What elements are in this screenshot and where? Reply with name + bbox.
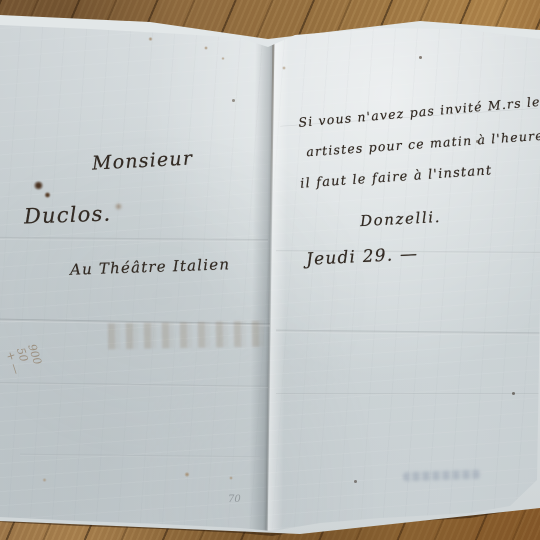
- foxing-spot: [148, 37, 153, 41]
- foxing-spot: [114, 203, 123, 210]
- foxing-spot: [229, 476, 233, 480]
- ink-transfer-smudge: [108, 321, 270, 350]
- ink-speck: [354, 480, 357, 483]
- photo-of-letter: Monsieur Duclos. Au Théâtre Italien Si v…: [0, 0, 540, 540]
- ink-stain: [33, 181, 44, 190]
- horizontal-crease-right-3: [276, 393, 540, 395]
- foxing-spot: [221, 57, 225, 60]
- ink-speck: [512, 392, 515, 395]
- handwriting-recipient: Duclos.: [24, 201, 112, 228]
- ink-stain-small: [44, 192, 51, 198]
- foxing-spot: [42, 478, 47, 482]
- foxing-spot: [204, 46, 208, 50]
- foxing-spot: [184, 472, 190, 477]
- pencil-number: 70: [228, 495, 241, 506]
- foxing-spot: [282, 66, 286, 70]
- ink-speck: [419, 56, 422, 59]
- letter-sheet: Monsieur Duclos. Au Théâtre Italien Si v…: [0, 0, 540, 540]
- ink-speck: [232, 99, 235, 102]
